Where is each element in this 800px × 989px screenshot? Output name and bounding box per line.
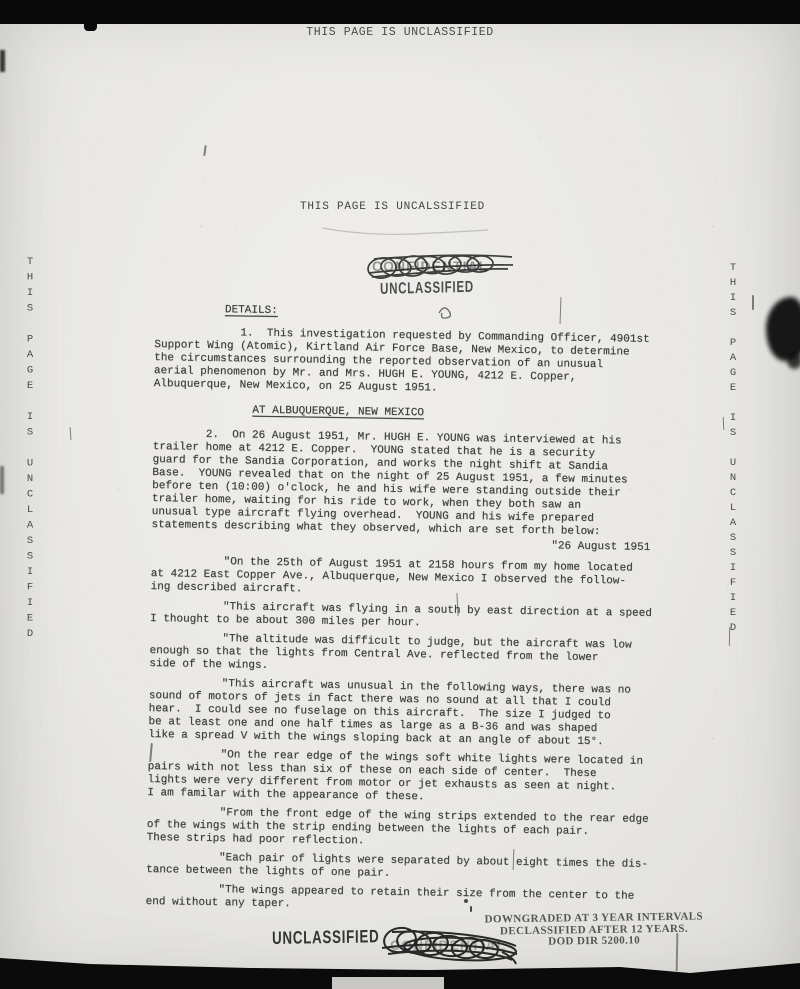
scratch-mark <box>752 295 754 310</box>
statement-date: "26 August 1951 <box>551 540 656 555</box>
scan-artifact-drip <box>84 23 97 31</box>
edge-streak <box>0 466 4 494</box>
scratch-mark <box>723 417 725 430</box>
paragraph-1: 1. This investigation requested by Comma… <box>154 326 660 399</box>
scan-top-black-bar <box>0 0 800 24</box>
location-heading: AT ALBUQUERQUE, NEW MEXICO <box>252 405 658 424</box>
edge-streak <box>0 50 5 72</box>
handwritten-squiggle <box>437 303 463 319</box>
statement-paragraph-6: "From the front edge of the wing strips … <box>146 806 652 853</box>
statement-paragraph-5: "On the rear edge of the wings soft whit… <box>147 748 653 808</box>
statement-paragraph-4: "This aircraft was unusual in the follow… <box>148 677 654 750</box>
top-banner-text: THIS PAGE IS UNCLASSIFIED <box>0 26 800 39</box>
statement-paragraph-2: "This aircraft was flying in a south by … <box>150 600 655 634</box>
document-body: DETAILS: 1. This investigation requested… <box>145 303 660 923</box>
statement-paragraph-3: "The altitude was difficult to judge, bu… <box>149 632 655 679</box>
paper-crease <box>320 220 490 240</box>
paragraph-2: 2. On 26 August 1951, Mr. HUGH E. YOUNG … <box>151 428 658 540</box>
scratch-mark <box>203 145 206 156</box>
obliterated-confidential-stamp: CONFIDENTIAL <box>366 247 518 285</box>
scratch-mark <box>70 427 72 440</box>
statement-paragraph-7: "Each pair of lights were separated by a… <box>146 851 651 885</box>
scanned-document-page: THIS PAGE IS UNCLASSIFIED THIS PAGE IS U… <box>0 0 800 989</box>
mid-banner-text: THIS PAGE IS UNCALSSIFIED <box>300 201 485 213</box>
left-margin-vertical-text: THIS PAGE IS UNCLASSIFIED <box>24 256 36 644</box>
right-margin-vertical-text: THIS PAGE IS UNCLASSIFIED <box>727 262 739 637</box>
ink-blob <box>787 352 800 369</box>
pencil-mark <box>470 906 472 912</box>
statement-paragraph-1: "On the 25th of August 1951 at 2158 hour… <box>150 555 656 602</box>
obliterated-confidential-stamp-bottom: CONFIDENTIAL <box>352 918 522 968</box>
scan-artifact-light-rect <box>332 977 444 989</box>
ink-dot <box>464 899 468 903</box>
